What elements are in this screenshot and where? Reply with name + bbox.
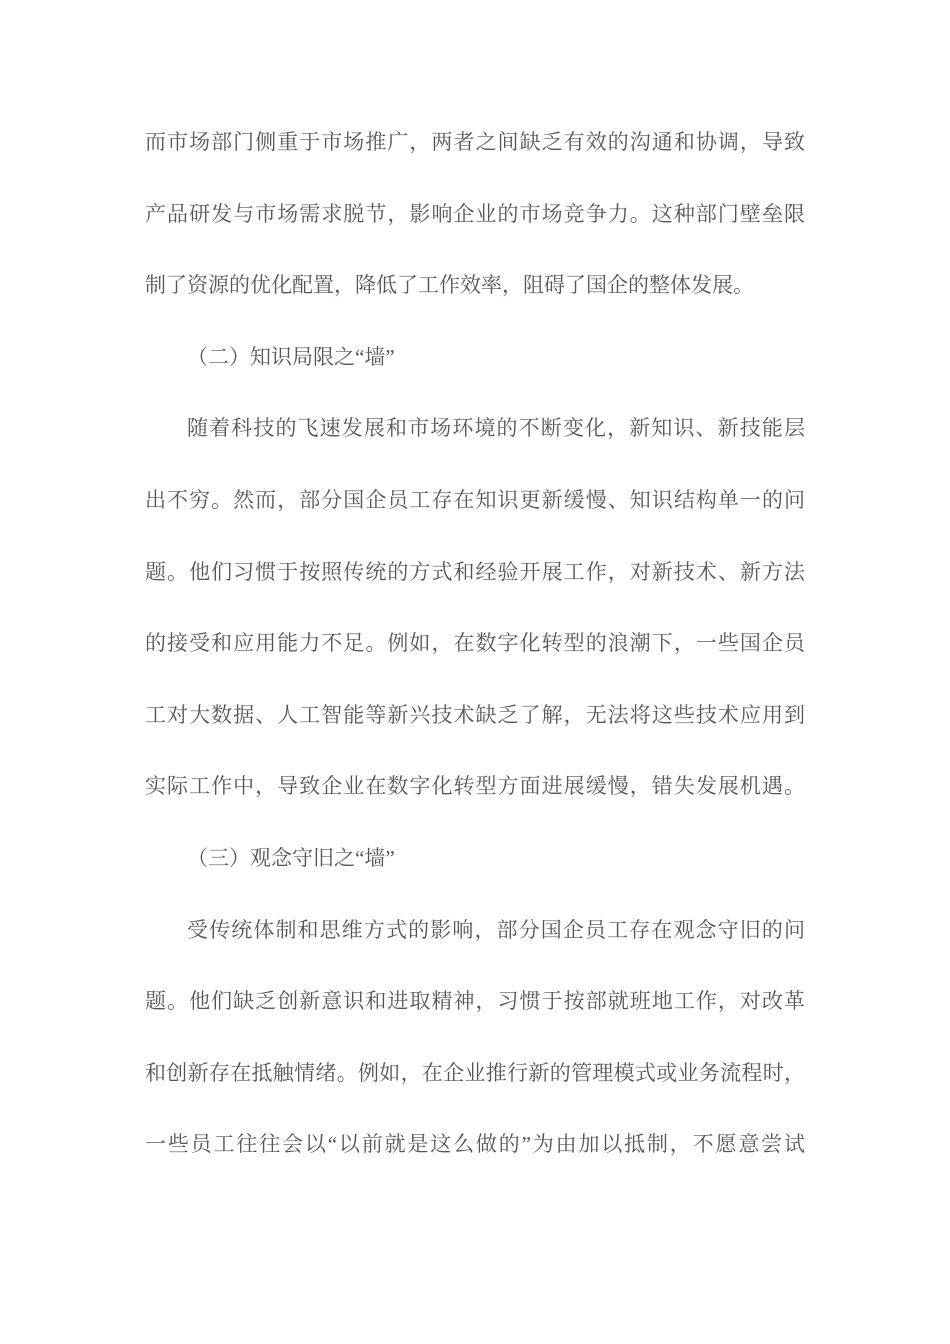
section-heading: （二）知识局限之“墙” (145, 345, 805, 417)
text-line: 受传统体制和思维方式的影响，部分国企员工存在观念守旧的问 (145, 918, 805, 990)
text-line: 题。他们缺乏创新意识和进取精神，习惯于按部就班地工作，对改革 (145, 989, 805, 1061)
text-line: 制了资源的优化配置，降低了工作效率，阻碍了国企的整体发展。 (145, 273, 805, 345)
text-line: 工对大数据、人工智能等新兴技术缺乏了解，无法将这些技术应用到 (145, 703, 805, 775)
text-line: 产品研发与市场需求脱节，影响企业的市场竞争力。这种部门壁垒限 (145, 202, 805, 274)
text-line: 和创新存在抵触情绪。例如，在企业推行新的管理模式或业务流程时， (145, 1061, 805, 1133)
text-line: 而市场部门侧重于市场推广，两者之间缺乏有效的沟通和协调，导致 (145, 130, 805, 202)
document-page: 而市场部门侧重于市场推广，两者之间缺乏有效的沟通和协调，导致 产品研发与市场需求… (0, 0, 950, 1344)
text-line: 一些员工往往会以“以前就是这么做的”为由加以抵制，不愿意尝试 (145, 1132, 805, 1204)
text-line: 实际工作中，导致企业在数字化转型方面进展缓慢，错失发展机遇。 (145, 774, 805, 846)
document-body: 而市场部门侧重于市场推广，两者之间缺乏有效的沟通和协调，导致 产品研发与市场需求… (145, 130, 805, 1204)
text-line: 随着科技的飞速发展和市场环境的不断变化，新知识、新技能层 (145, 416, 805, 488)
section-heading: （三）观念守旧之“墙” (145, 846, 805, 918)
text-line: 题。他们习惯于按照传统的方式和经验开展工作，对新技术、新方法 (145, 560, 805, 632)
text-line: 出不穷。然而，部分国企员工存在知识更新缓慢、知识结构单一的问 (145, 488, 805, 560)
text-line: 的接受和应用能力不足。例如，在数字化转型的浪潮下，一些国企员 (145, 631, 805, 703)
